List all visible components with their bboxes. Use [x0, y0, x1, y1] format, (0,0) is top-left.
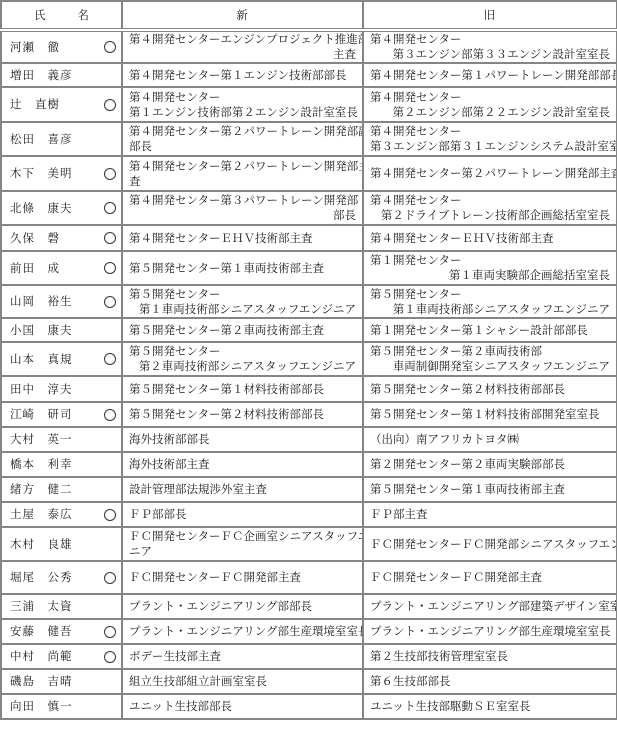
- old-position-text: 第５開発センター第２車両技術部: [370, 344, 610, 359]
- name-cell: 向田 慎一: [1, 694, 122, 719]
- personnel-change-table: 氏 名 新 旧 河瀬 徹第４開発センターエンジンプロジェクト推進部主査第４開発セ…: [0, 0, 617, 720]
- name-cell: 辻 直樹: [1, 87, 122, 122]
- person-name: 土屋 泰広: [10, 507, 73, 521]
- old-position-text: 第２エンジン部第２２エンジン設計室室長: [370, 105, 610, 120]
- old-position-cell: 第６生技部部長: [363, 669, 617, 694]
- header-new-position: 新: [122, 1, 363, 30]
- table-row: 松田 喜彦第４開発センター第２パワートレーン開発部副部長第４開発センター第３エン…: [1, 122, 617, 156]
- new-position-text: 第２車両技術部シニアスタッフエンジニア: [129, 359, 356, 374]
- new-position-text: ボデー生技部主査: [129, 649, 356, 664]
- old-position-cell: プラント・エンジニアリング部生産環境室室長: [363, 619, 617, 644]
- circle-mark-icon: [104, 572, 116, 584]
- table-row: 山岡 裕生第５開発センター第１車両技術部シニアスタッフエンジニア第５開発センター…: [1, 285, 617, 318]
- old-position-text: 第１車両技術部シニアスタッフエンジニア: [370, 302, 610, 317]
- circle-mark-icon: [104, 353, 116, 365]
- circle-mark-icon: [104, 232, 116, 244]
- circle-mark-icon: [104, 626, 116, 638]
- old-position-cell: （出向）南アフリカトヨタ㈱: [363, 427, 617, 452]
- person-name: 安藤 健吾: [10, 624, 73, 638]
- table-row: 木下 美明第４開発センター第２パワートレーン開発部主査第４開発センター第２パワー…: [1, 156, 617, 191]
- name-cell: 田中 淳夫: [1, 376, 122, 402]
- new-position-text: 主査: [129, 47, 356, 62]
- person-name: 緒方 健二: [10, 482, 73, 496]
- old-position-text: 車両制御開発室シニアスタッフエンジニア: [370, 359, 610, 374]
- new-position-text: 第１車両技術部シニアスタッフエンジニア: [129, 302, 356, 317]
- new-position-text: ニア: [129, 544, 356, 559]
- person-name: 北條 康夫: [10, 201, 73, 215]
- new-position-cell: 設計管理部法規渉外室主査: [122, 477, 363, 502]
- person-name: 山本 真規: [10, 352, 73, 366]
- table-row: 磯島 吉晴組立生技部組立計画室室長第６生技部部長: [1, 669, 617, 694]
- new-position-cell: ボデー生技部主査: [122, 644, 363, 669]
- new-position-text: 第４開発センター第３パワートレーン開発部: [129, 193, 356, 208]
- old-position-cell: 第５開発センター第１車両技術部シニアスタッフエンジニア: [363, 285, 617, 318]
- new-position-cell: プラント・エンジニアリング部部長: [122, 594, 363, 619]
- new-position-text: 部長: [129, 139, 356, 154]
- old-position-text: プラント・エンジニアリング部生産環境室室長: [370, 624, 610, 639]
- table-row: 小国 康夫第５開発センター第２車両技術部主査第１開発センター第１シャシー設計部部…: [1, 318, 617, 342]
- new-position-cell: 第５開発センター第２車両技術部主査: [122, 318, 363, 342]
- old-position-cell: 第５開発センター第２材料技術部部長: [363, 376, 617, 402]
- person-name: 木村 良雄: [10, 537, 73, 551]
- old-position-text: 第５開発センター第１車両技術部主査: [370, 482, 610, 497]
- name-cell: 安藤 健吾: [1, 619, 122, 644]
- name-cell: 木村 良雄: [1, 527, 122, 561]
- name-cell: 大村 英一: [1, 427, 122, 452]
- person-name: 山岡 裕生: [10, 294, 73, 308]
- old-position-text: 第２開発センター第２車両実験部部長: [370, 457, 610, 472]
- table-row: 緒方 健二設計管理部法規渉外室主査第５開発センター第１車両技術部主査: [1, 477, 617, 502]
- old-position-text: 第２生技部技術管理室室長: [370, 649, 610, 664]
- old-position-cell: 第４開発センター第２ドライブトレーン技術部企画総括室室長: [363, 191, 617, 225]
- name-cell: 磯島 吉晴: [1, 669, 122, 694]
- old-position-text: 第２ドライブトレーン技術部企画総括室室長: [370, 208, 610, 223]
- person-name: 中村 尚範: [10, 649, 73, 663]
- new-position-cell: 第５開発センター第２車両技術部シニアスタッフエンジニア: [122, 342, 363, 376]
- new-position-cell: 第５開発センター第１車両技術部主査: [122, 251, 363, 285]
- old-position-cell: 第４開発センターＥＨＶ技術部主査: [363, 225, 617, 251]
- name-cell: 河瀬 徹: [1, 30, 122, 63]
- name-cell: 山本 真規: [1, 342, 122, 376]
- person-name: 木下 美明: [10, 166, 73, 180]
- new-position-cell: 第４開発センター第３パワートレーン開発部部長: [122, 191, 363, 225]
- header-old-position: 旧: [363, 1, 617, 30]
- name-cell: 緒方 健二: [1, 477, 122, 502]
- table-row: 辻 直樹第４開発センター第１エンジン技術部第２エンジン設計室室長第４開発センター…: [1, 87, 617, 122]
- person-name: 河瀬 徹: [10, 40, 60, 54]
- old-position-text: 第４開発センター第１パワートレーン開発部部長: [370, 68, 610, 83]
- table-row: 江崎 研司第５開発センター第２材料技術部部長第５開発センター第１材料技術部開発室…: [1, 402, 617, 427]
- circle-mark-icon: [104, 99, 116, 111]
- old-position-cell: ＦＣ開発センターＦＣ開発部主査: [363, 561, 617, 594]
- new-position-text: ＦＣ開発センターＦＣ企画室シニアスタッフエンジ: [129, 529, 356, 544]
- table-row: 田中 淳夫第５開発センター第１材料技術部部長第５開発センター第２材料技術部部長: [1, 376, 617, 402]
- old-position-cell: プラント・エンジニアリング部建築デザイン室室長: [363, 594, 617, 619]
- new-position-cell: 第４開発センター第２パワートレーン開発部主査: [122, 156, 363, 191]
- new-position-text: 海外技術部部長: [129, 432, 356, 447]
- old-position-text: 第５開発センター: [370, 287, 610, 302]
- old-position-text: 第１車両実験部企画総括室室長: [370, 268, 610, 283]
- new-position-text: ユニット生技部部長: [129, 699, 356, 714]
- table-row: 中村 尚範ボデー生技部主査第２生技部技術管理室室長: [1, 644, 617, 669]
- old-position-cell: 第４開発センター第１パワートレーン開発部部長: [363, 63, 617, 87]
- old-position-cell: 第５開発センター第２車両技術部車両制御開発室シニアスタッフエンジニア: [363, 342, 617, 376]
- header-row: 氏 名 新 旧: [1, 1, 617, 30]
- new-position-text: 第５開発センター第１車両技術部主査: [129, 261, 356, 276]
- new-position-cell: 第５開発センター第１車両技術部シニアスタッフエンジニア: [122, 285, 363, 318]
- person-name: 久保 磬: [10, 231, 60, 245]
- new-position-text: 第４開発センターＥＨＶ技術部主査: [129, 231, 356, 246]
- person-name: 向田 慎一: [10, 699, 73, 713]
- old-position-text: 第３エンジン部第３１エンジンシステム設計室室長: [370, 139, 610, 154]
- new-position-cell: ＦＰ部部長: [122, 502, 363, 527]
- old-position-text: 第３エンジン部第３３エンジン設計室室長: [370, 47, 610, 62]
- circle-mark-icon: [104, 509, 116, 521]
- name-cell: 久保 磬: [1, 225, 122, 251]
- old-position-cell: 第４開発センター第２パワートレーン開発部主査: [363, 156, 617, 191]
- circle-mark-icon: [104, 202, 116, 214]
- person-name: 小国 康夫: [10, 323, 73, 337]
- name-cell: 増田 義彦: [1, 63, 122, 87]
- person-name: 大村 英一: [10, 432, 73, 446]
- old-position-cell: 第５開発センター第１材料技術部開発室室長: [363, 402, 617, 427]
- person-name: 三浦 太資: [10, 599, 73, 613]
- new-position-text: 第５開発センター第２材料技術部部長: [129, 407, 356, 422]
- old-position-cell: 第２生技部技術管理室室長: [363, 644, 617, 669]
- name-cell: 土屋 泰広: [1, 502, 122, 527]
- new-position-cell: 第４開発センター第１エンジン技術部部長: [122, 63, 363, 87]
- old-position-cell: 第１開発センター第１車両実験部企画総括室室長: [363, 251, 617, 285]
- new-position-text: 海外技術部主査: [129, 457, 356, 472]
- old-position-cell: ユニット生技部駆動ＳＥ室室長: [363, 694, 617, 719]
- table-row: 三浦 太資プラント・エンジニアリング部部長プラント・エンジニアリング部建築デザイ…: [1, 594, 617, 619]
- table-row: 前田 成第５開発センター第１車両技術部主査第１開発センター第１車両実験部企画総括…: [1, 251, 617, 285]
- new-position-text: 第５開発センター: [129, 287, 356, 302]
- new-position-text: 組立生技部組立計画室室長: [129, 674, 356, 689]
- old-position-text: （出向）南アフリカトヨタ㈱: [370, 432, 610, 447]
- new-position-cell: 第５開発センター第２材料技術部部長: [122, 402, 363, 427]
- name-cell: 木下 美明: [1, 156, 122, 191]
- header-name: 氏 名: [1, 1, 122, 30]
- circle-mark-icon: [104, 409, 116, 421]
- new-position-text: 第４開発センターエンジンプロジェクト推進部: [129, 32, 356, 47]
- table-row: 向田 慎一ユニット生技部部長ユニット生技部駆動ＳＥ室室長: [1, 694, 617, 719]
- person-name: 辻 直樹: [10, 97, 60, 111]
- new-position-text: 査: [129, 174, 356, 189]
- person-name: 松田 喜彦: [10, 132, 73, 146]
- new-position-cell: 組立生技部組立計画室室長: [122, 669, 363, 694]
- new-position-text: ＦＣ開発センターＦＣ開発部主査: [129, 570, 356, 585]
- name-cell: 小国 康夫: [1, 318, 122, 342]
- person-name: 前田 成: [10, 261, 60, 275]
- name-cell: 前田 成: [1, 251, 122, 285]
- old-position-text: 第１開発センター: [370, 253, 610, 268]
- old-position-cell: 第１開発センター第１シャシー設計部部長: [363, 318, 617, 342]
- circle-mark-icon: [104, 168, 116, 180]
- person-name: 田中 淳夫: [10, 382, 73, 396]
- new-position-cell: 海外技術部部長: [122, 427, 363, 452]
- new-position-text: 第１エンジン技術部第２エンジン設計室室長: [129, 105, 356, 120]
- circle-mark-icon: [104, 651, 116, 663]
- old-position-text: 第４開発センター第２パワートレーン開発部主査: [370, 166, 610, 181]
- name-cell: 山岡 裕生: [1, 285, 122, 318]
- new-position-text: 第４開発センター第１エンジン技術部部長: [129, 68, 356, 83]
- table-row: 橋本 利幸海外技術部主査第２開発センター第２車両実験部部長: [1, 452, 617, 477]
- circle-mark-icon: [104, 296, 116, 308]
- old-position-text: 第５開発センター第１材料技術部開発室室長: [370, 407, 610, 422]
- old-position-cell: 第４開発センター第３エンジン部第３１エンジンシステム設計室室長: [363, 122, 617, 156]
- old-position-cell: ＦＣ開発センターＦＣ開発部シニアスタッフエンジニア: [363, 527, 617, 561]
- old-position-cell: 第２開発センター第２車両実験部部長: [363, 452, 617, 477]
- new-position-cell: 海外技術部主査: [122, 452, 363, 477]
- new-position-text: ＦＰ部部長: [129, 507, 356, 522]
- name-cell: 橋本 利幸: [1, 452, 122, 477]
- person-name: 橋本 利幸: [10, 457, 73, 471]
- old-position-text: ＦＰ部主査: [370, 507, 610, 522]
- new-position-cell: 第４開発センター第２パワートレーン開発部副部長: [122, 122, 363, 156]
- old-position-text: ＦＣ開発センターＦＣ開発部シニアスタッフエンジニア: [370, 537, 610, 552]
- new-position-text: 第５開発センター第２車両技術部主査: [129, 323, 356, 338]
- table-body: 河瀬 徹第４開発センターエンジンプロジェクト推進部主査第４開発センター第３エンジ…: [1, 30, 617, 719]
- old-position-cell: 第４開発センター第２エンジン部第２２エンジン設計室室長: [363, 87, 617, 122]
- table-row: 土屋 泰広ＦＰ部部長ＦＰ部主査: [1, 502, 617, 527]
- old-position-text: 第６生技部部長: [370, 674, 610, 689]
- name-cell: 堀尾 公秀: [1, 561, 122, 594]
- person-name: 磯島 吉晴: [10, 674, 73, 688]
- new-position-text: 第４開発センター: [129, 90, 356, 105]
- table-row: 河瀬 徹第４開発センターエンジンプロジェクト推進部主査第４開発センター第３エンジ…: [1, 30, 617, 63]
- new-position-text: 第４開発センター第２パワートレーン開発部副: [129, 124, 356, 139]
- new-position-cell: 第４開発センターＥＨＶ技術部主査: [122, 225, 363, 251]
- name-cell: 三浦 太資: [1, 594, 122, 619]
- old-position-cell: 第４開発センター第３エンジン部第３３エンジン設計室室長: [363, 30, 617, 63]
- person-name: 江崎 研司: [10, 407, 73, 421]
- name-cell: 江崎 研司: [1, 402, 122, 427]
- table-row: 北條 康夫第４開発センター第３パワートレーン開発部部長第４開発センター第２ドライ…: [1, 191, 617, 225]
- new-position-cell: ＦＣ開発センターＦＣ開発部主査: [122, 561, 363, 594]
- new-position-text: プラント・エンジニアリング部部長: [129, 599, 356, 614]
- new-position-text: 第４開発センター第２パワートレーン開発部主: [129, 159, 356, 174]
- table-row: 山本 真規第５開発センター第２車両技術部シニアスタッフエンジニア第５開発センター…: [1, 342, 617, 376]
- table-row: 増田 義彦第４開発センター第１エンジン技術部部長第４開発センター第１パワートレー…: [1, 63, 617, 87]
- new-position-text: 部長: [129, 208, 356, 223]
- circle-mark-icon: [104, 262, 116, 274]
- new-position-cell: ユニット生技部部長: [122, 694, 363, 719]
- old-position-text: プラント・エンジニアリング部建築デザイン室室長: [370, 599, 610, 614]
- new-position-cell: プラント・エンジニアリング部生産環境室室長: [122, 619, 363, 644]
- table-row: 安藤 健吾プラント・エンジニアリング部生産環境室室長プラント・エンジニアリング部…: [1, 619, 617, 644]
- old-position-text: ユニット生技部駆動ＳＥ室室長: [370, 699, 610, 714]
- old-position-text: 第５開発センター第２材料技術部部長: [370, 382, 610, 397]
- table-row: 大村 英一海外技術部部長（出向）南アフリカトヨタ㈱: [1, 427, 617, 452]
- circle-mark-icon: [104, 41, 116, 53]
- old-position-text: 第４開発センター: [370, 124, 610, 139]
- old-position-text: 第４開発センター: [370, 32, 610, 47]
- new-position-cell: ＦＣ開発センターＦＣ企画室シニアスタッフエンジニア: [122, 527, 363, 561]
- new-position-cell: 第５開発センター第１材料技術部部長: [122, 376, 363, 402]
- new-position-text: 第５開発センター: [129, 344, 356, 359]
- old-position-text: ＦＣ開発センターＦＣ開発部主査: [370, 570, 610, 585]
- new-position-cell: 第４開発センターエンジンプロジェクト推進部主査: [122, 30, 363, 63]
- old-position-text: 第４開発センター: [370, 90, 610, 105]
- person-name: 堀尾 公秀: [10, 570, 73, 584]
- table-row: 堀尾 公秀ＦＣ開発センターＦＣ開発部主査ＦＣ開発センターＦＣ開発部主査: [1, 561, 617, 594]
- name-cell: 松田 喜彦: [1, 122, 122, 156]
- table-row: 久保 磬第４開発センターＥＨＶ技術部主査第４開発センターＥＨＶ技術部主査: [1, 225, 617, 251]
- table-row: 木村 良雄ＦＣ開発センターＦＣ企画室シニアスタッフエンジニアＦＣ開発センターＦＣ…: [1, 527, 617, 561]
- old-position-text: 第４開発センターＥＨＶ技術部主査: [370, 231, 610, 246]
- new-position-text: 第５開発センター第１材料技術部部長: [129, 382, 356, 397]
- old-position-cell: ＦＰ部主査: [363, 502, 617, 527]
- old-position-cell: 第５開発センター第１車両技術部主査: [363, 477, 617, 502]
- old-position-text: 第１開発センター第１シャシー設計部部長: [370, 323, 610, 338]
- new-position-cell: 第４開発センター第１エンジン技術部第２エンジン設計室室長: [122, 87, 363, 122]
- new-position-text: 設計管理部法規渉外室主査: [129, 482, 356, 497]
- old-position-text: 第４開発センター: [370, 193, 610, 208]
- name-cell: 中村 尚範: [1, 644, 122, 669]
- name-cell: 北條 康夫: [1, 191, 122, 225]
- person-name: 増田 義彦: [10, 68, 73, 82]
- new-position-text: プラント・エンジニアリング部生産環境室室長: [129, 624, 356, 639]
